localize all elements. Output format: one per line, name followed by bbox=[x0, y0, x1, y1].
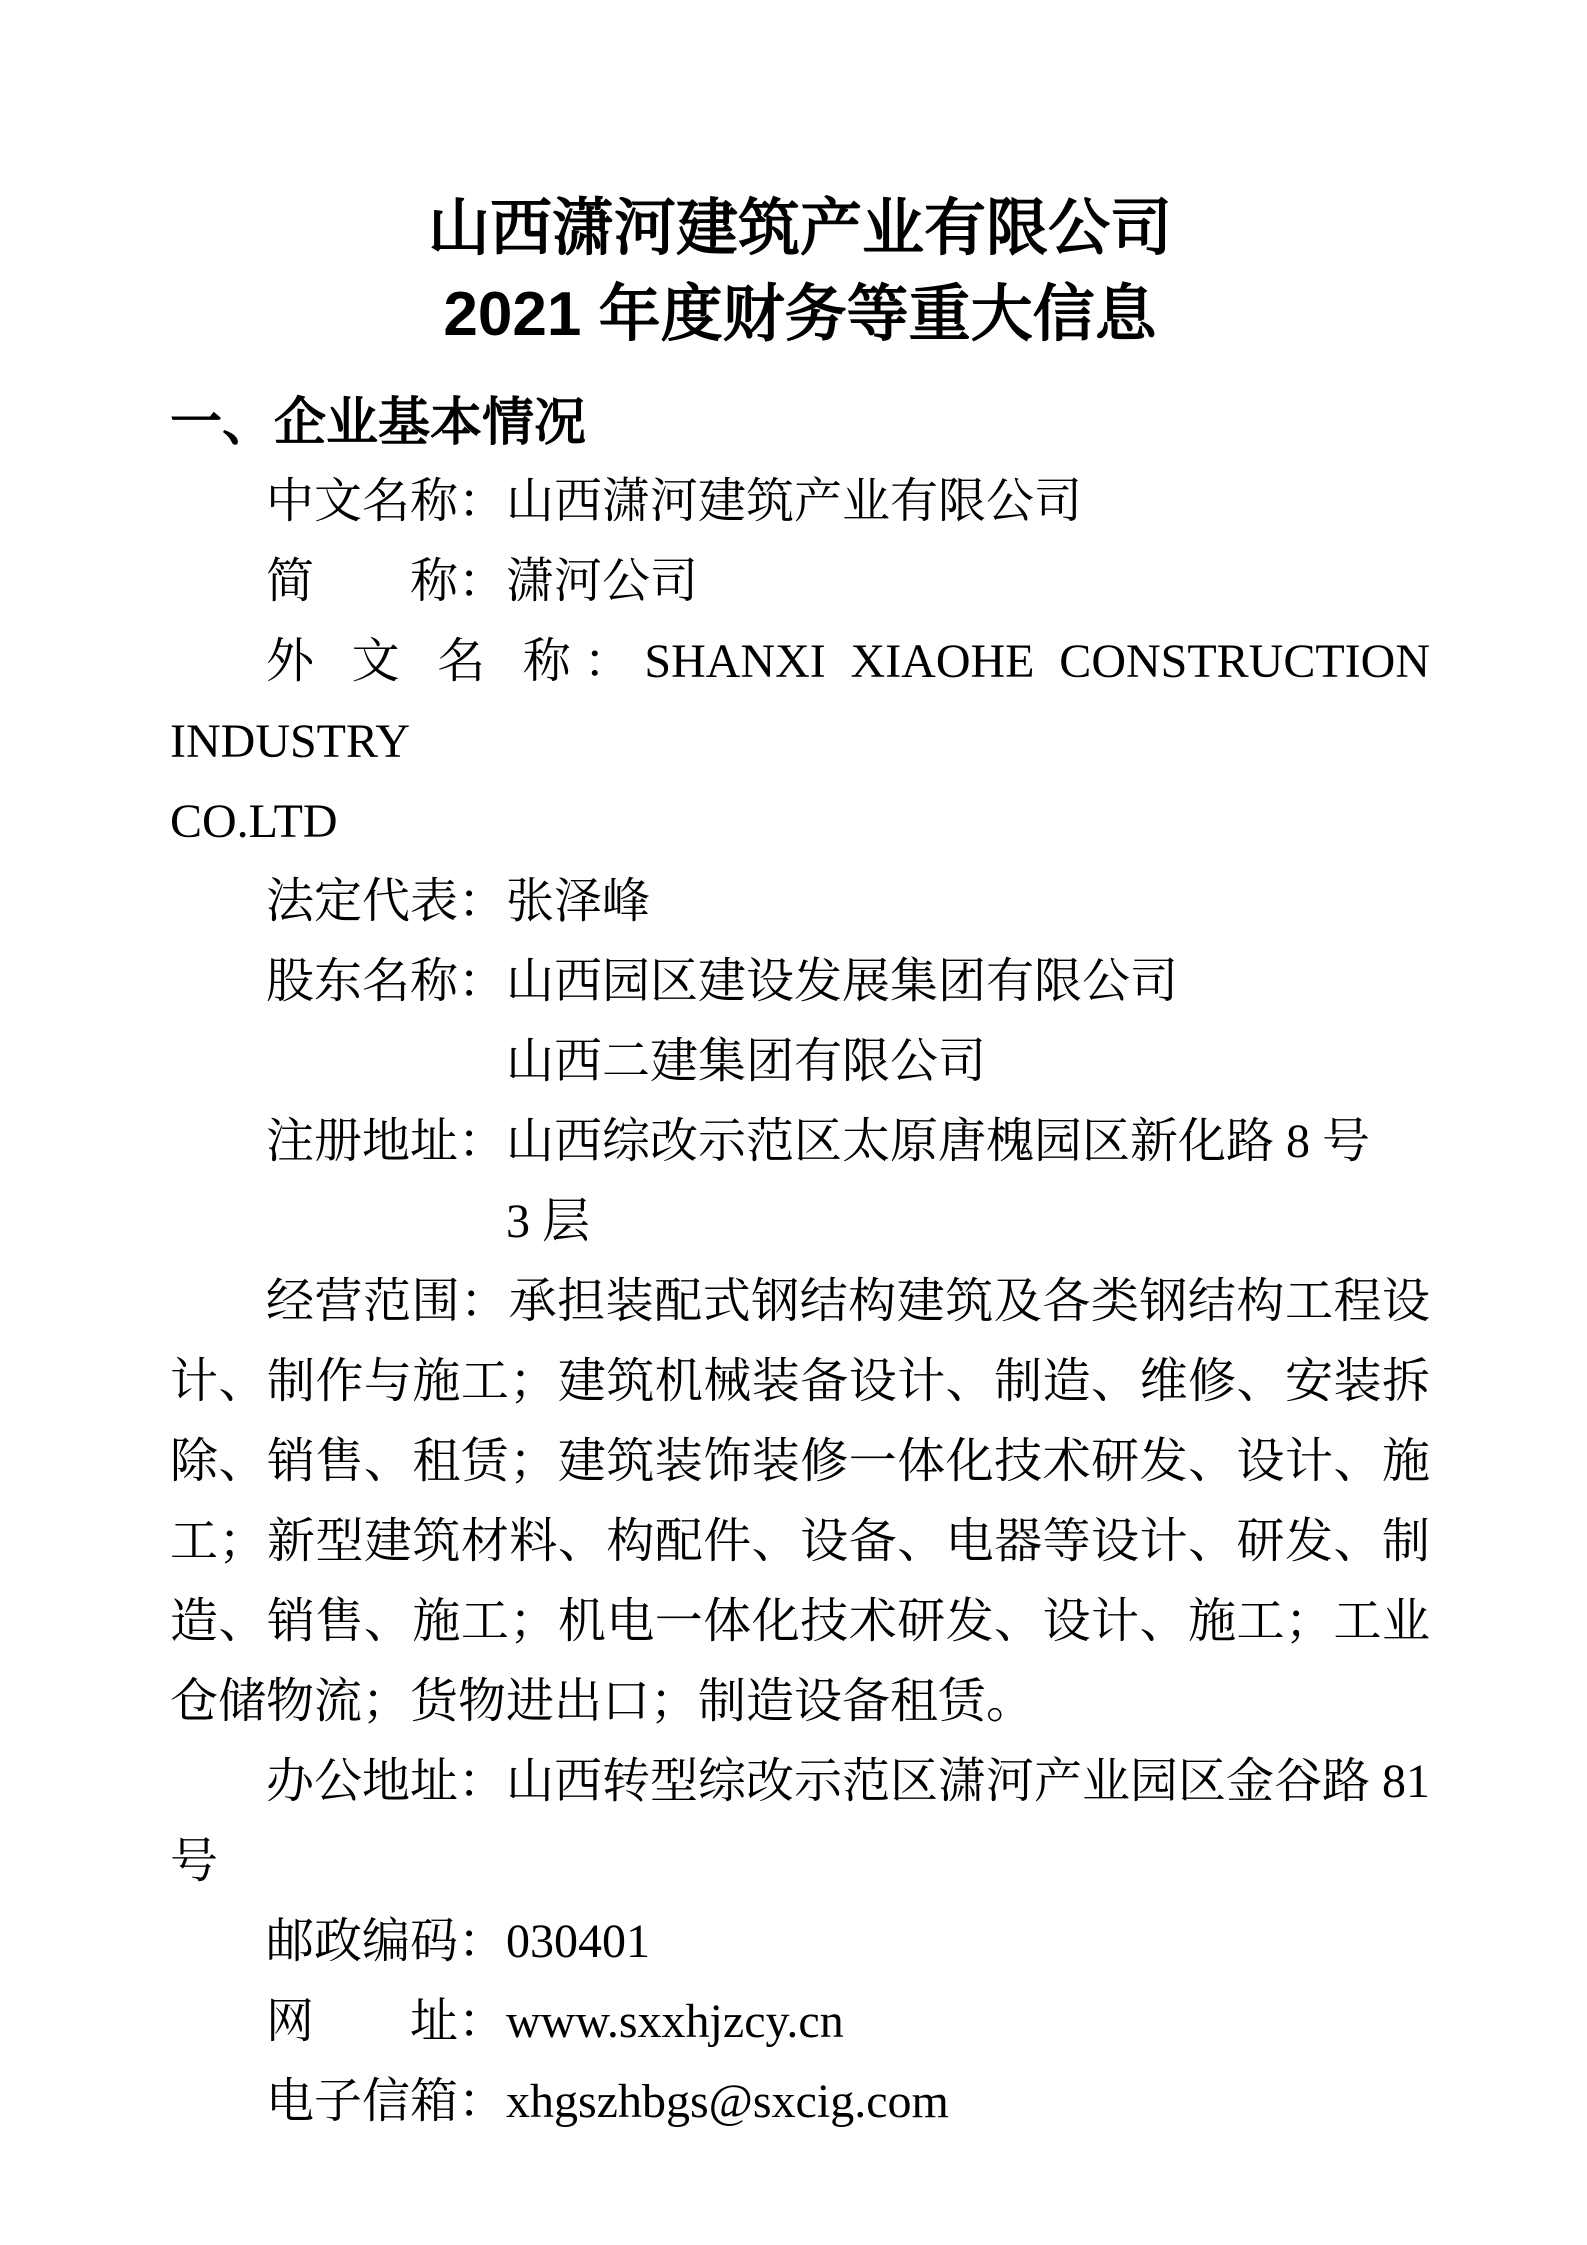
body-line: 外 文 名 称：SHANXI XIAOHE CONSTRUCTION INDUS… bbox=[170, 622, 1430, 782]
document-title-line-2: 2021 年度财务等重大信息 bbox=[170, 272, 1430, 358]
body-line: CO.LTD bbox=[170, 782, 1430, 862]
document-content: 山西潇河建筑产业有限公司 2021 年度财务等重大信息 一、企业基本情况 中文名… bbox=[0, 0, 1587, 2142]
body-line: 仓储物流；货物进出口；制造设备租赁。 bbox=[170, 1662, 1430, 1742]
body-line: 法定代表：张泽峰 bbox=[170, 862, 1430, 942]
document-page: 山西潇河建筑产业有限公司 2021 年度财务等重大信息 一、企业基本情况 中文名… bbox=[0, 0, 1587, 2245]
section-heading: 一、企业基本情况 bbox=[170, 384, 1430, 462]
body-line: 号 bbox=[170, 1822, 1430, 1902]
body-line: 经营范围：承担装配式钢结构建筑及各类钢结构工程设 bbox=[170, 1262, 1430, 1342]
body-line: 除、销售、租赁；建筑装饰装修一体化技术研发、设计、施 bbox=[170, 1422, 1430, 1502]
body-line: 计、制作与施工；建筑机械装备设计、制造、维修、安装拆 bbox=[170, 1342, 1430, 1422]
body-line: 邮政编码：030401 bbox=[170, 1902, 1430, 1982]
document-body: 中文名称：山西潇河建筑产业有限公司简 称：潇河公司外 文 名 称：SHANXI … bbox=[170, 462, 1430, 2142]
body-line: 3 层 bbox=[170, 1182, 1430, 1262]
body-line: 简 称：潇河公司 bbox=[170, 542, 1430, 622]
body-line: 造、销售、施工；机电一体化技术研发、设计、施工；工业 bbox=[170, 1582, 1430, 1662]
document-title-line-1: 山西潇河建筑产业有限公司 bbox=[170, 186, 1430, 272]
body-line: 网 址：www.sxxhjzcy.cn bbox=[170, 1982, 1430, 2062]
body-line: 注册地址：山西综改示范区太原唐槐园区新化路 8 号 bbox=[170, 1102, 1430, 1182]
body-line: 办公地址：山西转型综改示范区潇河产业园区金谷路 81 bbox=[170, 1742, 1430, 1822]
body-line: 股东名称：山西园区建设发展集团有限公司 bbox=[170, 942, 1430, 1022]
body-line: 中文名称：山西潇河建筑产业有限公司 bbox=[170, 462, 1430, 542]
body-line: 山西二建集团有限公司 bbox=[170, 1022, 1430, 1102]
body-line: 工；新型建筑材料、构配件、设备、电器等设计、研发、制 bbox=[170, 1502, 1430, 1582]
body-line: 电子信箱：xhgszhbgs@sxcig.com bbox=[170, 2062, 1430, 2142]
